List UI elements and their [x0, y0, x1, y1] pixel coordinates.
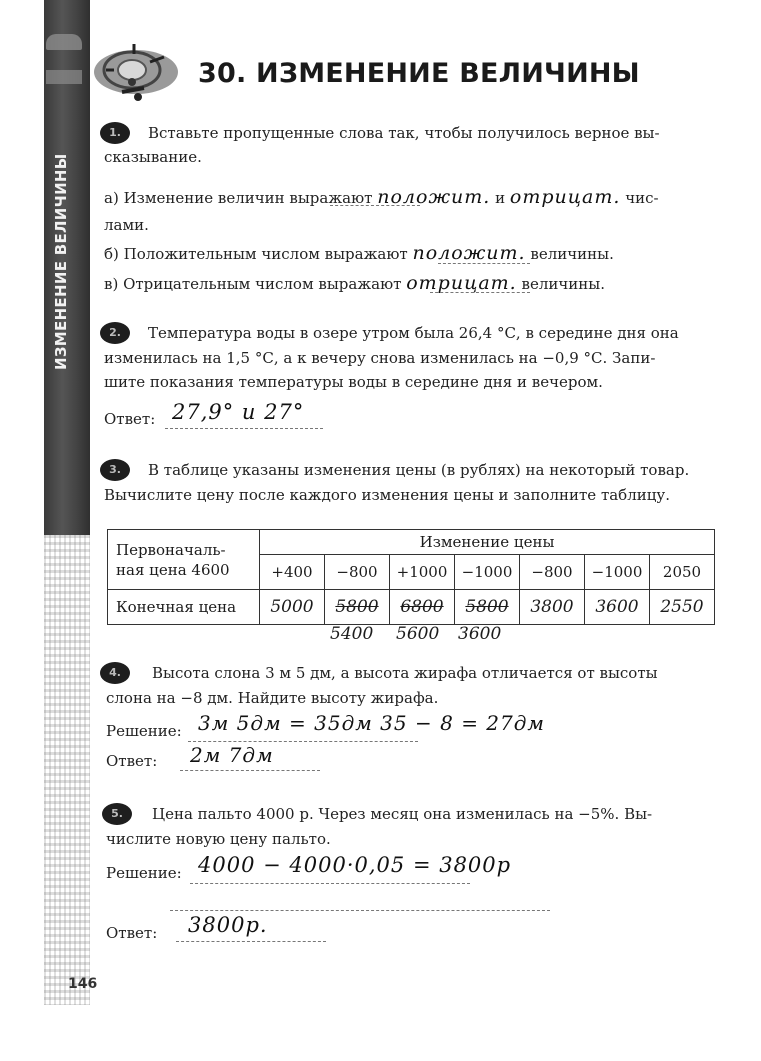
solution-line-2 — [170, 910, 550, 911]
task1-c-answer: отрицат. — [406, 272, 517, 294]
changes-header: Изменение цены — [260, 530, 715, 555]
task-number-badge: 5. — [102, 803, 132, 825]
initial-price-cell: Первоначаль- ная цена 4600 — [108, 530, 260, 590]
task1-a-answer2: отрицат. — [510, 186, 621, 208]
task-number-badge: 2. — [100, 322, 130, 344]
task1-b-prefix: б) Положительным числом выражают — [104, 245, 408, 263]
final-price-cell: 3600 — [585, 590, 650, 625]
price-change-table: Первоначаль- ная цена 4600 Изменение цен… — [107, 529, 715, 625]
task4-line1: Высота слона 3 м 5 дм, а высота жирафа о… — [152, 662, 658, 684]
task4-answer-label: Ответ: — [106, 750, 157, 772]
answer-line — [180, 770, 320, 771]
task-number-badge: 1. — [100, 122, 130, 144]
price-correction: 5400 — [330, 624, 373, 644]
task2-line1: Температура воды в озере утром была 26,4… — [148, 322, 679, 344]
task1-b: б) Положительным числом выражают положит… — [104, 242, 614, 265]
answer-line — [176, 941, 326, 942]
ruler-target-icon — [92, 40, 184, 102]
final-price-cell: 5800 — [455, 590, 520, 625]
initial-price-value: ная цена 4600 — [116, 561, 230, 579]
price-correction: 3600 — [458, 624, 501, 644]
answer-line — [430, 292, 530, 293]
band-decoration — [46, 70, 82, 84]
task1-a-suffix: чис- — [625, 189, 658, 207]
task5-line1: Цена пальто 4000 р. Через месяц она изме… — [152, 803, 652, 825]
task4-solution-label: Решение: — [106, 720, 182, 742]
task1-b-answer: положит. — [412, 242, 525, 264]
answer-line — [438, 263, 530, 264]
price-change-cell: 2050 — [650, 555, 715, 590]
side-band-title: ИЗМЕНЕНИЕ ВЕЛИЧИНЫ — [52, 140, 70, 370]
task5-solution: 4000 − 4000·0,05 = 3800р — [198, 854, 511, 876]
side-band-fade — [44, 535, 90, 1005]
final-price-row: Конечная цена 50005800680058003800360025… — [108, 590, 715, 625]
task5-line2: числите новую цену пальто. — [106, 828, 331, 850]
price-change-cell: −800 — [520, 555, 585, 590]
price-change-cell: +400 — [260, 555, 325, 590]
price-change-cell: −1000 — [585, 555, 650, 590]
task1-b-suffix: величины. — [530, 245, 613, 263]
page-title: 30. ИЗМЕНЕНИЕ ВЕЛИЧИНЫ — [198, 58, 640, 89]
task5-answer-label: Ответ: — [106, 922, 157, 944]
task2-answer-label: Ответ: — [104, 408, 155, 430]
task1-c-suffix: величины. — [522, 275, 605, 293]
task5-solution-label: Решение: — [106, 862, 182, 884]
price-change-cell: −1000 — [455, 555, 520, 590]
task1-c-prefix: в) Отрицательным числом выражают — [104, 275, 401, 293]
task-number-badge: 3. — [100, 459, 130, 481]
initial-price-label: Первоначаль- — [116, 541, 226, 559]
band-decoration — [46, 34, 82, 50]
final-price-cell: 5800 — [325, 590, 390, 625]
page-number: 146 — [68, 976, 97, 992]
task3-line1: В таблице указаны изменения цены (в рубл… — [148, 459, 689, 481]
price-change-cell: +1000 — [390, 555, 455, 590]
final-price-cell: 6800 — [390, 590, 455, 625]
task4-line2: слона на −8 дм. Найдите высоту жирафа. — [106, 687, 438, 709]
task4-answer: 2м 7дм — [190, 744, 274, 766]
task2-line2: изменилась на 1,5 °С, а к вечеру снова и… — [104, 347, 655, 369]
final-price-label: Конечная цена — [108, 590, 260, 625]
solution-line — [190, 883, 470, 884]
price-change-cell: −800 — [325, 555, 390, 590]
task-number-badge: 4. — [100, 662, 130, 684]
task2-line3: шите показания температуры воды в середи… — [104, 371, 603, 393]
price-correction: 5600 — [396, 624, 439, 644]
task1-a-mid: и — [495, 189, 505, 207]
task1-prompt-cont: сказывание. — [104, 146, 202, 168]
task3-line2: Вычислите цену после каждого изменения ц… — [104, 484, 670, 506]
solution-line — [188, 741, 418, 742]
answer-line — [165, 428, 323, 429]
task4-solution: 3м 5дм = 35дм 35 − 8 = 27дм — [198, 712, 545, 734]
answer-line — [330, 205, 420, 206]
task5-answer: 3800р. — [188, 914, 268, 936]
final-price-cell: 3800 — [520, 590, 585, 625]
task1-a-cont: лами. — [104, 214, 149, 236]
task2-answer: 27,9° и 27° — [172, 401, 304, 423]
final-price-cell: 5000 — [260, 590, 325, 625]
task1-prompt: Вставьте пропущенные слова так, чтобы по… — [148, 122, 660, 144]
final-price-cell: 2550 — [650, 590, 715, 625]
